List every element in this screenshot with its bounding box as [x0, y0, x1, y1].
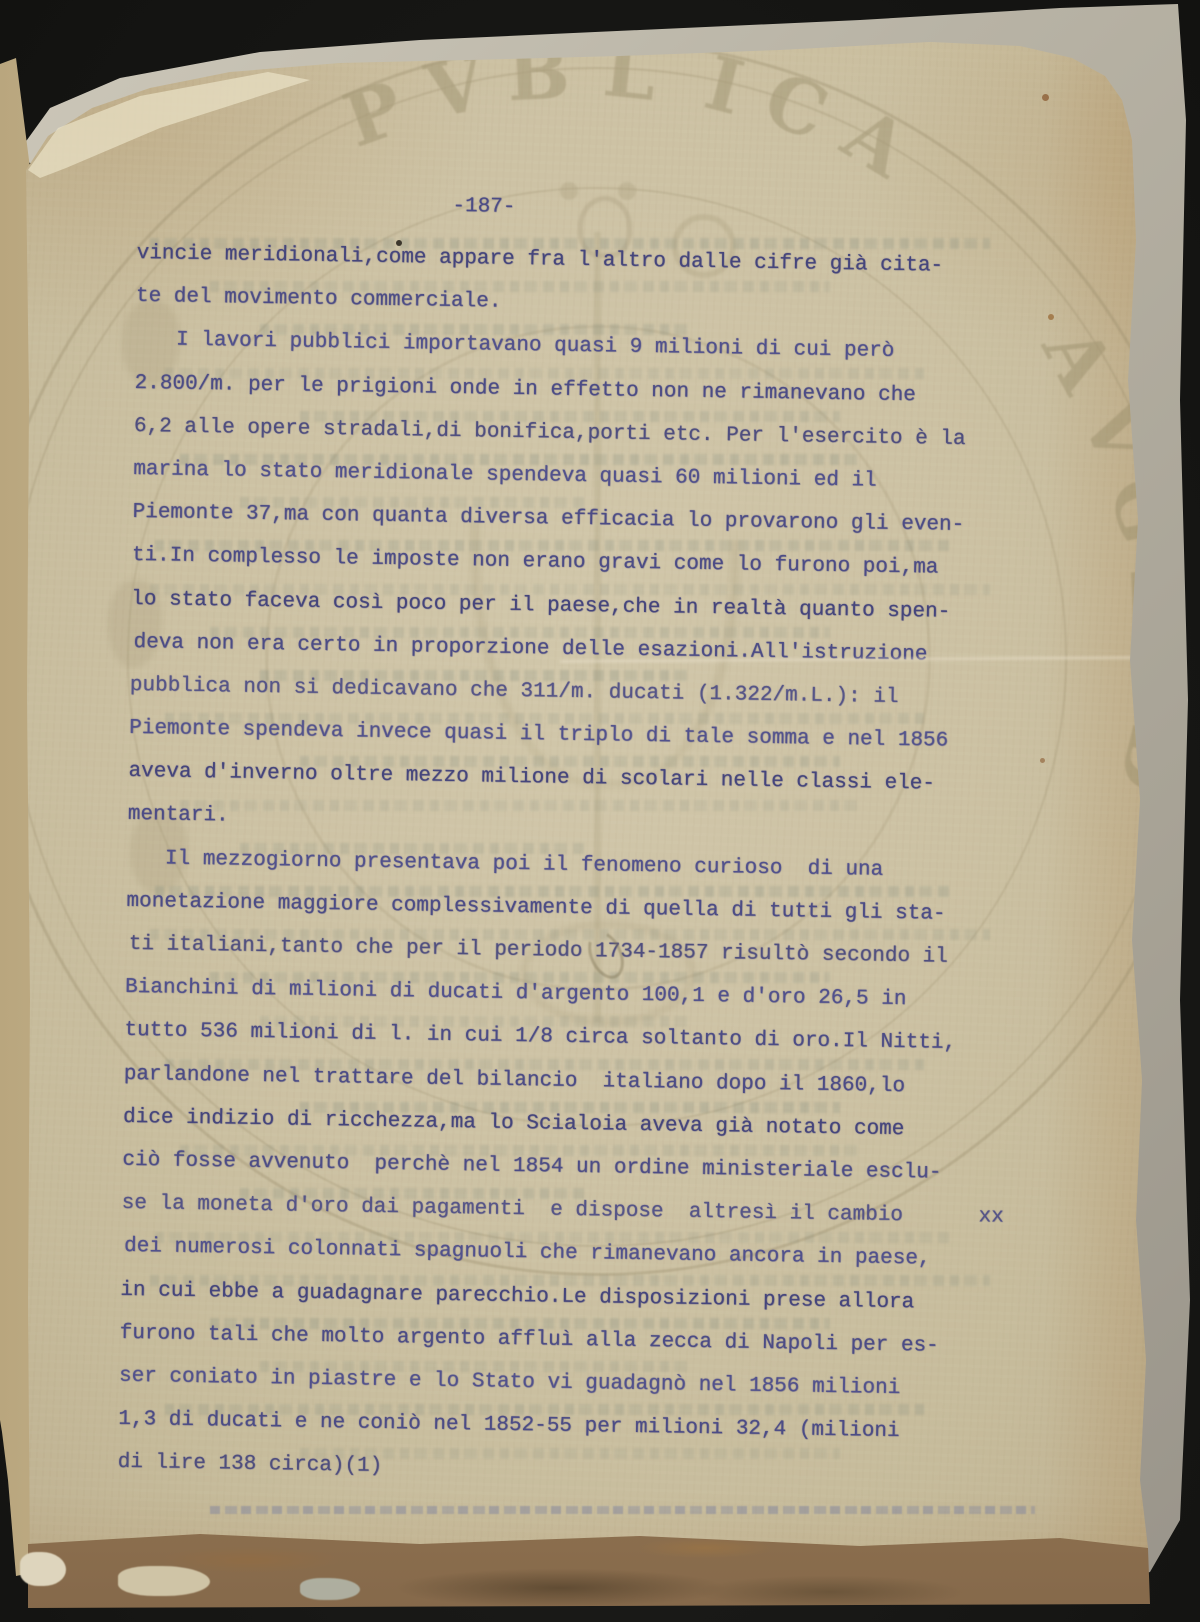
page-number: -187-: [452, 185, 516, 229]
stamp-emblem-trefoil-right: [618, 182, 636, 200]
scanned-document-photo: PVBLICA AVGEND -187- vincie meridionali,…: [0, 0, 1200, 1622]
torn-paper-bit: [118, 1566, 210, 1596]
ink-speck: [396, 240, 402, 246]
page-sheet: PVBLICA AVGEND -187- vincie meridionali,…: [0, 0, 1200, 1622]
stamp-emblem-trefoil-left: [560, 182, 578, 200]
typewritten-text: -187- vincie meridionali,come appare fra…: [117, 232, 1037, 1498]
rust-speck: [1040, 758, 1045, 763]
typed-lines: vincie meridionali,come appare fra l'alt…: [117, 232, 1037, 1498]
rust-speck: [1042, 94, 1049, 101]
torn-paper-bit: [20, 1552, 66, 1586]
torn-paper-bit: [300, 1578, 360, 1600]
rust-speck: [1048, 314, 1054, 320]
bleedthrough-line-strong: [210, 1506, 1035, 1514]
